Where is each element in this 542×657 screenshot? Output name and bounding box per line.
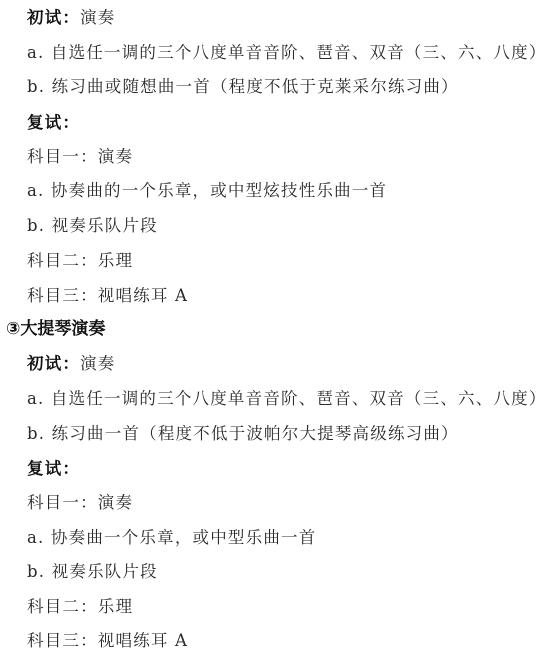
retest-subject-1: 科目一：演奏 <box>27 492 133 514</box>
prelim-value: 演奏 <box>80 8 115 27</box>
prelim-item-a: a. 自选任一调的三个八度单音音阶、琶音、双音（三、六、八度） <box>27 388 542 410</box>
retest-heading: 复试： <box>27 458 80 480</box>
prelim-item-b: b. 练习曲一首（程度不低于波帕尔大提琴高级练习曲） <box>27 423 459 445</box>
retest-subject-2: 科目二：乐理 <box>27 596 133 618</box>
retest-item-a: a. 协奏曲一个乐章，或中型乐曲一首 <box>27 527 316 549</box>
retest-subject-3: 科目三：视唱练耳 A <box>27 630 188 652</box>
prelim-label: 初试： <box>27 8 80 27</box>
prelim-heading: 初试：演奏 <box>27 7 116 29</box>
prelim-item-b: b. 练习曲或随想曲一首（程度不低于克莱采尔练习曲） <box>27 76 459 98</box>
retest-subject-2: 科目二：乐理 <box>27 250 133 272</box>
retest-item-b: b. 视奏乐队片段 <box>27 561 158 583</box>
retest-item-a: a. 协奏曲的一个乐章，或中型炫技性乐曲一首 <box>27 180 387 202</box>
prelim-item-a: a. 自选任一调的三个八度单音音阶、琶音、双音（三、六、八度） <box>27 42 542 64</box>
prelim-label: 初试： <box>27 354 80 373</box>
retest-heading: 复试： <box>27 112 80 134</box>
prelim-value: 演奏 <box>80 354 115 373</box>
prelim-heading: 初试：演奏 <box>27 353 116 375</box>
retest-item-b: b. 视奏乐队片段 <box>27 215 158 237</box>
retest-subject-3: 科目三：视唱练耳 A <box>27 285 188 307</box>
retest-subject-1: 科目一：演奏 <box>27 146 133 168</box>
section-title-cello: ③大提琴演奏 <box>6 318 105 340</box>
